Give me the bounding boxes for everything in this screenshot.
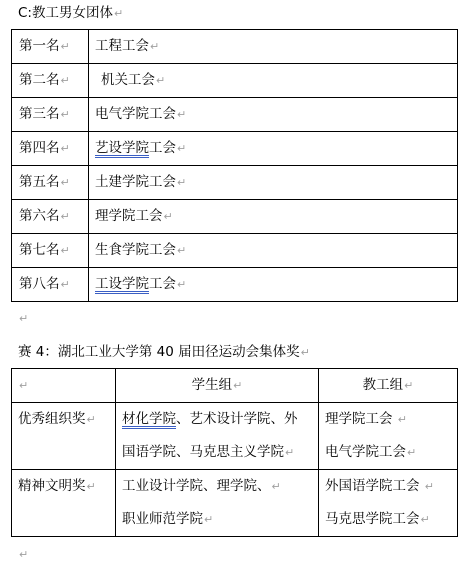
rank-cell: 第五名↵ (12, 166, 89, 200)
rank-cell: 第八名↵ (12, 268, 89, 302)
rank-cell: 第一名↵ (12, 30, 89, 64)
team-cell: 电气学院工会↵ (89, 98, 458, 132)
paragraph-mark-icon: ↵ (177, 108, 186, 121)
header-cell-empty: ↵ (12, 369, 116, 403)
team-cell: 工程工会↵ (89, 30, 458, 64)
spellcheck-underlined-text: 工设学院 (95, 276, 149, 292)
section-c-title-text: C:教工男女团体 (18, 5, 113, 21)
table-header-row: ↵ 学生组↵ 教工组↵ (12, 369, 458, 403)
table-row: 优秀组织奖↵ 材化学院、艺术设计学院、外 国语学院、马克思主义学院↵ 理学院工会… (12, 403, 458, 470)
table-row: 精神文明奖↵ 工业设计学院、理学院、↵ 职业师范学院↵ 外国语学院工会 ↵ 马克… (12, 470, 458, 537)
paragraph-mark-icon: ↵ (19, 379, 28, 392)
section-4-title: 赛 4：湖北工业大学第 40 届田径运动会集体奖↵ (18, 343, 310, 362)
paragraph-mark-icon: ↵ (177, 142, 186, 155)
paragraph-mark-icon: ↵ (301, 346, 310, 359)
paragraph-mark-icon: ↵ (425, 480, 434, 493)
award-cell: 优秀组织奖↵ (12, 403, 116, 470)
paragraph-mark-icon: ↵ (233, 379, 242, 392)
rank-cell: 第四名↵ (12, 132, 89, 166)
section-4-title-text: 赛 4：湖北工业大学第 40 届田径运动会集体奖 (18, 344, 300, 360)
rank-cell: 第六名↵ (12, 200, 89, 234)
paragraph-mark-icon: ↵ (87, 413, 96, 426)
paragraph-mark-icon: ↵ (114, 7, 123, 20)
paragraph-mark-icon: ↵ (177, 176, 186, 189)
table-row: 第四名↵ 艺设学院工会↵ (12, 132, 458, 166)
team-cell: 艺设学院工会↵ (89, 132, 458, 166)
paragraph-mark-icon: ↵ (407, 446, 416, 459)
award-cell: 精神文明奖↵ (12, 470, 116, 537)
table-row: 第七名↵ 生食学院工会↵ (12, 234, 458, 268)
paragraph-mark-icon: ↵ (421, 513, 430, 526)
table-row: 第二名↵ 机关工会↵ (12, 64, 458, 98)
team-cell: 工设学院工会↵ (89, 268, 458, 302)
team-cell: 土建学院工会↵ (89, 166, 458, 200)
paragraph-mark-icon: ↵ (272, 480, 281, 493)
paragraph-mark-icon: ↵ (177, 278, 186, 291)
paragraph-mark-icon: ↵ (61, 142, 70, 155)
header-cell-staff-group: 教工组↵ (319, 369, 458, 403)
header-cell-student-group: 学生组↵ (116, 369, 319, 403)
spellcheck-underlined-text: 艺设学院 (95, 140, 149, 156)
paragraph-mark-icon: ↵ (19, 548, 28, 561)
paragraph-mark-icon: ↵ (61, 278, 70, 291)
staff-group-cell: 理学院工会 ↵ 电气学院工会↵ (319, 403, 458, 470)
paragraph-mark-icon: ↵ (150, 40, 159, 53)
paragraph-mark-icon: ↵ (61, 244, 70, 257)
student-group-cell: 材化学院、艺术设计学院、外 国语学院、马克思主义学院↵ (116, 403, 319, 470)
table-row: 第一名↵ 工程工会↵ (12, 30, 458, 64)
paragraph-mark-icon: ↵ (19, 312, 28, 325)
staff-team-ranking-table: 第一名↵ 工程工会↵ 第二名↵ 机关工会↵ 第三名↵ 电气学院工会↵ 第四名↵ … (11, 29, 458, 302)
paragraph-mark-icon: ↵ (61, 176, 70, 189)
staff-group-cell: 外国语学院工会 ↵ 马克思学院工会↵ (319, 470, 458, 537)
paragraph-mark-icon: ↵ (61, 108, 70, 121)
student-group-cell: 工业设计学院、理学院、↵ 职业师范学院↵ (116, 470, 319, 537)
rank-cell: 第三名↵ (12, 98, 89, 132)
team-cell: 机关工会↵ (89, 64, 458, 98)
rank-cell: 第二名↵ (12, 64, 89, 98)
paragraph-mark-icon: ↵ (61, 40, 70, 53)
paragraph-mark-icon: ↵ (177, 244, 186, 257)
paragraph-mark-icon: ↵ (404, 379, 413, 392)
paragraph-mark-icon: ↵ (61, 210, 70, 223)
paragraph-mark-icon: ↵ (285, 446, 294, 459)
section-c-title: C:教工男女团体↵ (18, 4, 123, 23)
paragraph-mark-icon: ↵ (398, 413, 407, 426)
paragraph-mark-icon: ↵ (156, 74, 165, 87)
table-row: 第五名↵ 土建学院工会↵ (12, 166, 458, 200)
rank-cell: 第七名↵ (12, 234, 89, 268)
paragraph-mark-icon: ↵ (164, 210, 173, 223)
paragraph-mark-icon: ↵ (87, 480, 96, 493)
team-cell: 生食学院工会↵ (89, 234, 458, 268)
paragraph-mark-icon: ↵ (204, 513, 213, 526)
empty-paragraph: ↵ (18, 309, 28, 328)
spellcheck-underlined-text: 材化学院 (122, 411, 176, 427)
table-row: 第六名↵ 理学院工会↵ (12, 200, 458, 234)
table-row: 第三名↵ 电气学院工会↵ (12, 98, 458, 132)
group-awards-table: ↵ 学生组↵ 教工组↵ 优秀组织奖↵ 材化学院、艺术设计学院、外 国语学院、马克… (11, 368, 458, 537)
team-cell: 理学院工会↵ (89, 200, 458, 234)
empty-paragraph: ↵ (18, 545, 28, 564)
table-row: 第八名↵ 工设学院工会↵ (12, 268, 458, 302)
paragraph-mark-icon: ↵ (61, 74, 70, 87)
